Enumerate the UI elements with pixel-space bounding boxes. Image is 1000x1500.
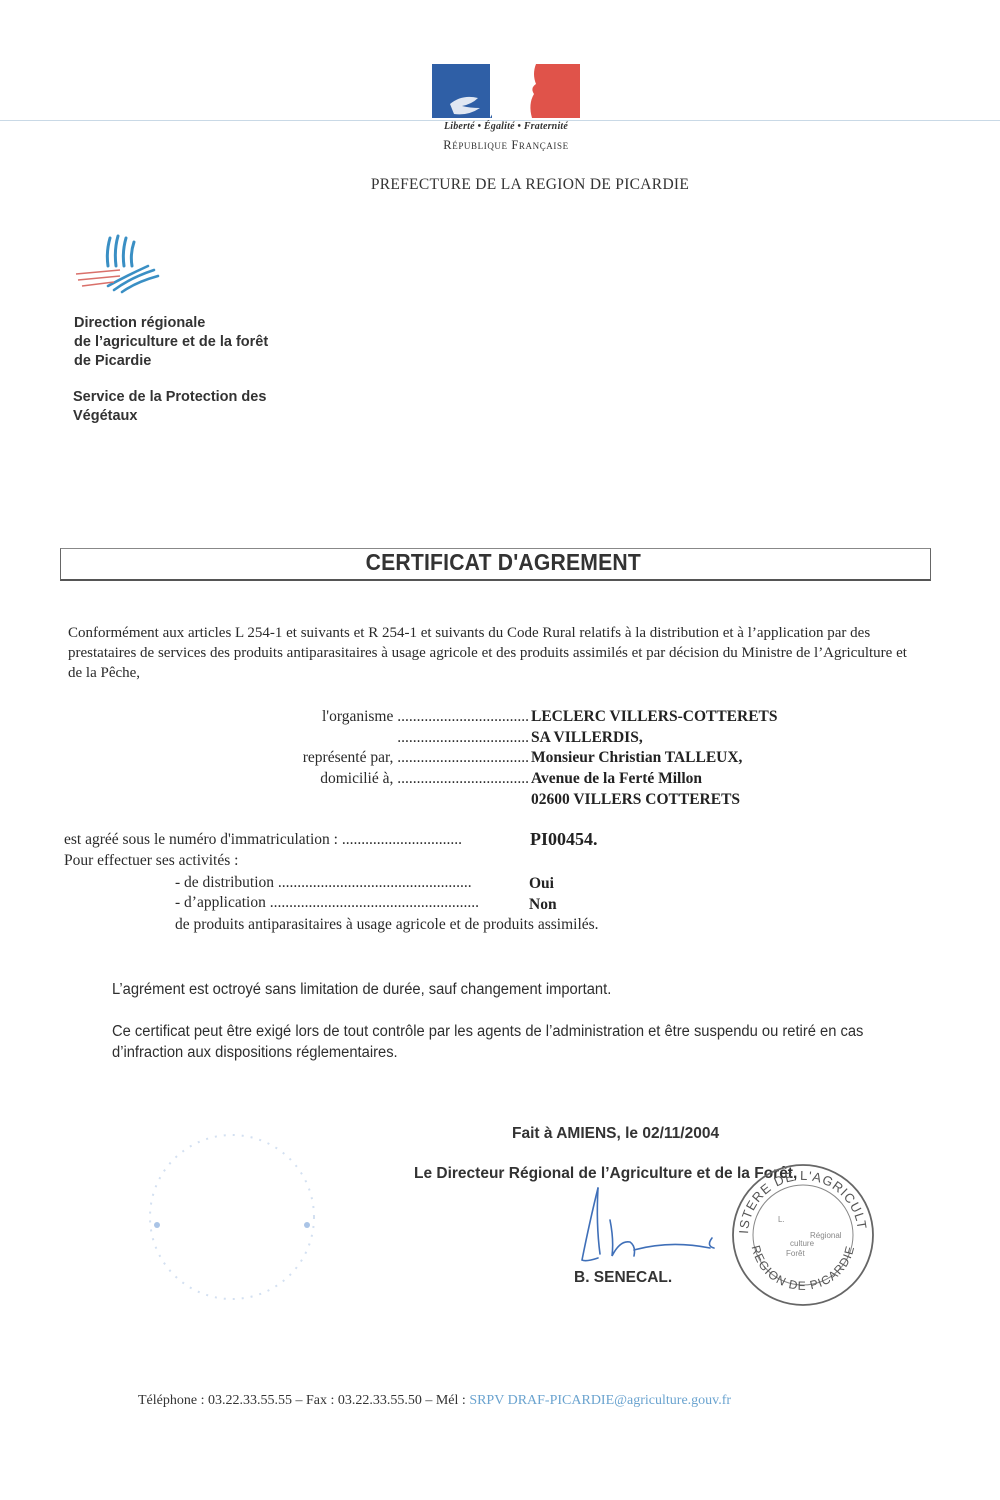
organisme-row: 02600 VILLERS COTTERETS (0, 790, 1000, 810)
republique-francaise: République Française (410, 138, 602, 153)
place-date: Fait à AMIENS, le 02/11/2004 (512, 1125, 719, 1143)
svg-text:culture: culture (790, 1239, 815, 1248)
svg-text:L.: L. (778, 1215, 785, 1224)
organisme-value: LECLERC VILLERS-COTTERETS (531, 707, 778, 727)
domicile-value: Avenue de la Ferté Millon (531, 769, 702, 789)
organisme-label: .................................. (397, 728, 529, 748)
svg-text:MINISTERE DE L'AGRICULTURE: MINISTERE DE L'AGRICULTURE (730, 1160, 870, 1234)
sender-direction: Direction régionale de l’agriculture et … (74, 314, 268, 371)
footer-phone-fax: Téléphone : 03.22.33.55.55 – Fax : 03.22… (138, 1393, 466, 1408)
organisme-row: l'organisme ............................… (0, 707, 1000, 727)
direction-line: Direction régionale (74, 314, 268, 333)
activity-label: - de distribution ......................… (175, 874, 472, 891)
activity-row-distribution: - de distribution ......................… (175, 874, 472, 892)
draf-picardie-logo-icon (74, 232, 160, 296)
organisme-row: représenté par, ........................… (0, 748, 1000, 768)
footer-contact: Téléphone : 03.22.33.55.55 – Fax : 03.22… (138, 1393, 731, 1409)
activity-value-application: Non (529, 896, 557, 914)
signatory-name: B. SENECAL. (574, 1269, 672, 1287)
organisme-value: SA VILLERDIS, (531, 728, 643, 748)
marianne-logo-icon (432, 64, 580, 118)
signature-icon (570, 1180, 740, 1270)
direction-line: de l’agriculture et de la forêt (74, 333, 268, 352)
svg-text:Forêt: Forêt (786, 1249, 805, 1258)
svg-text:Régional: Régional (810, 1231, 842, 1240)
representant-label: représenté par, ........................… (303, 748, 529, 768)
footer-email-link[interactable]: SRPV DRAF-PICARDIE@agriculture.gouv.fr (469, 1393, 731, 1408)
activity-row-application: - d’application ........................… (175, 894, 479, 912)
intro-paragraph: Conformément aux articles L 254-1 et sui… (68, 623, 918, 683)
organisme-row: .................................. SA VI… (0, 728, 1000, 748)
activites-heading: Pour effectuer ses activités : (64, 852, 238, 870)
immatriculation-label: est agréé sous le numéro d'immatriculati… (64, 831, 462, 849)
service-line: Service de la Protection des (73, 388, 266, 407)
direction-line: de Picardie (74, 352, 268, 371)
republic-motto: Liberté • Égalité • Fraternité (420, 121, 592, 132)
activity-value-distribution: Oui (529, 875, 554, 893)
representant-value: Monsieur Christian TALLEUX, (531, 748, 742, 768)
activites-products: de produits antiparasitaires à usage agr… (175, 916, 599, 934)
domicile-label: domicilié à, ...........................… (320, 769, 529, 789)
document-title: CERTIFICAT D'AGREMENT (103, 549, 904, 576)
faint-stamp-icon (140, 1125, 325, 1310)
organisme-row: domicilié à, ...........................… (0, 769, 1000, 789)
prefecture-heading: PREFECTURE DE LA REGION DE PICARDIE (300, 176, 760, 194)
certificat-statement: Ce certificat peut être exigé lors de to… (112, 1021, 920, 1063)
activity-label: - d’application ........................… (175, 894, 479, 911)
sender-service: Service de la Protection des Végétaux (73, 388, 266, 426)
immatriculation-number: PI00454. (530, 829, 598, 850)
organisme-label: l'organisme ............................… (322, 707, 529, 727)
agrement-statement: L’agrément est octroyé sans limitation d… (112, 979, 611, 1000)
domicile-value: 02600 VILLERS COTTERETS (531, 790, 740, 810)
service-line: Végétaux (73, 407, 266, 426)
official-stamp-icon: MINISTERE DE L'AGRICULTURE REGION DE PIC… (730, 1160, 876, 1310)
